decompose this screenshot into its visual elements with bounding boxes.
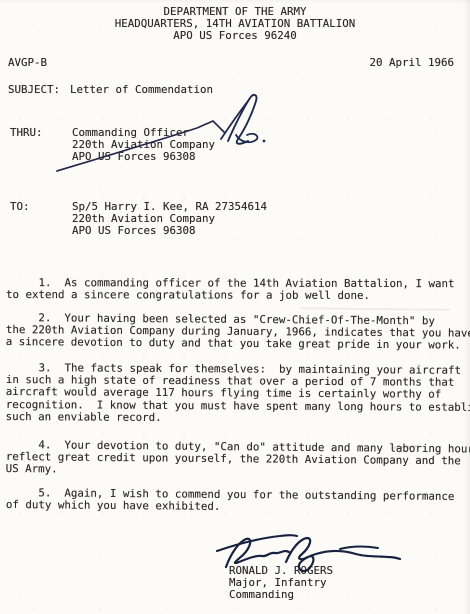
letterhead: DEPARTMENT OF THE ARMY HEADQUARTERS, 14T…	[0, 6, 470, 43]
subject-line: SUBJECT: Letter of Commendation	[8, 84, 213, 96]
letter-page: DEPARTMENT OF THE ARMY HEADQUARTERS, 14T…	[0, 0, 470, 614]
paragraph-1: 1. As commanding officer of the 14th Avi…	[6, 277, 466, 303]
paragraph-2: 2. Your having been selected as "Crew-Ch…	[6, 312, 466, 352]
letter-date: 20 April 1966	[369, 57, 454, 69]
paragraph-4: 4. Your devotion to duty, "Can do" attit…	[6, 439, 466, 480]
reference-date-row: AVGP-B 20 April 1966	[8, 57, 454, 69]
thru-address: Commanding Officer 220th Aviation Compan…	[72, 127, 215, 164]
paragraph-3: 3. The facts speak for themselves: by ma…	[6, 362, 466, 426]
to-address: Sp/5 Harry I. Kee, RA 27354614 220th Avi…	[72, 201, 267, 238]
signature-typed-block: RONALD J. ROGERS Major, Infantry Command…	[229, 565, 333, 602]
subject-label: SUBJECT:	[8, 84, 70, 96]
paragraph-5: 5. Again, I wish to commend you for the …	[6, 487, 466, 515]
thru-block: THRU: Commanding Officer 220th Aviation …	[10, 127, 215, 164]
to-block: TO: Sp/5 Harry I. Kee, RA 27354614 220th…	[10, 201, 267, 238]
to-label: TO:	[10, 201, 72, 238]
thru-initials-mark	[221, 95, 265, 144]
letterhead-apo: APO US Forces 96240	[0, 30, 470, 42]
thru-label: THRU:	[10, 127, 72, 164]
reference-symbol: AVGP-B	[8, 57, 47, 69]
scan-smudge	[300, 307, 450, 311]
subject-value: Letter of Commendation	[70, 84, 213, 96]
